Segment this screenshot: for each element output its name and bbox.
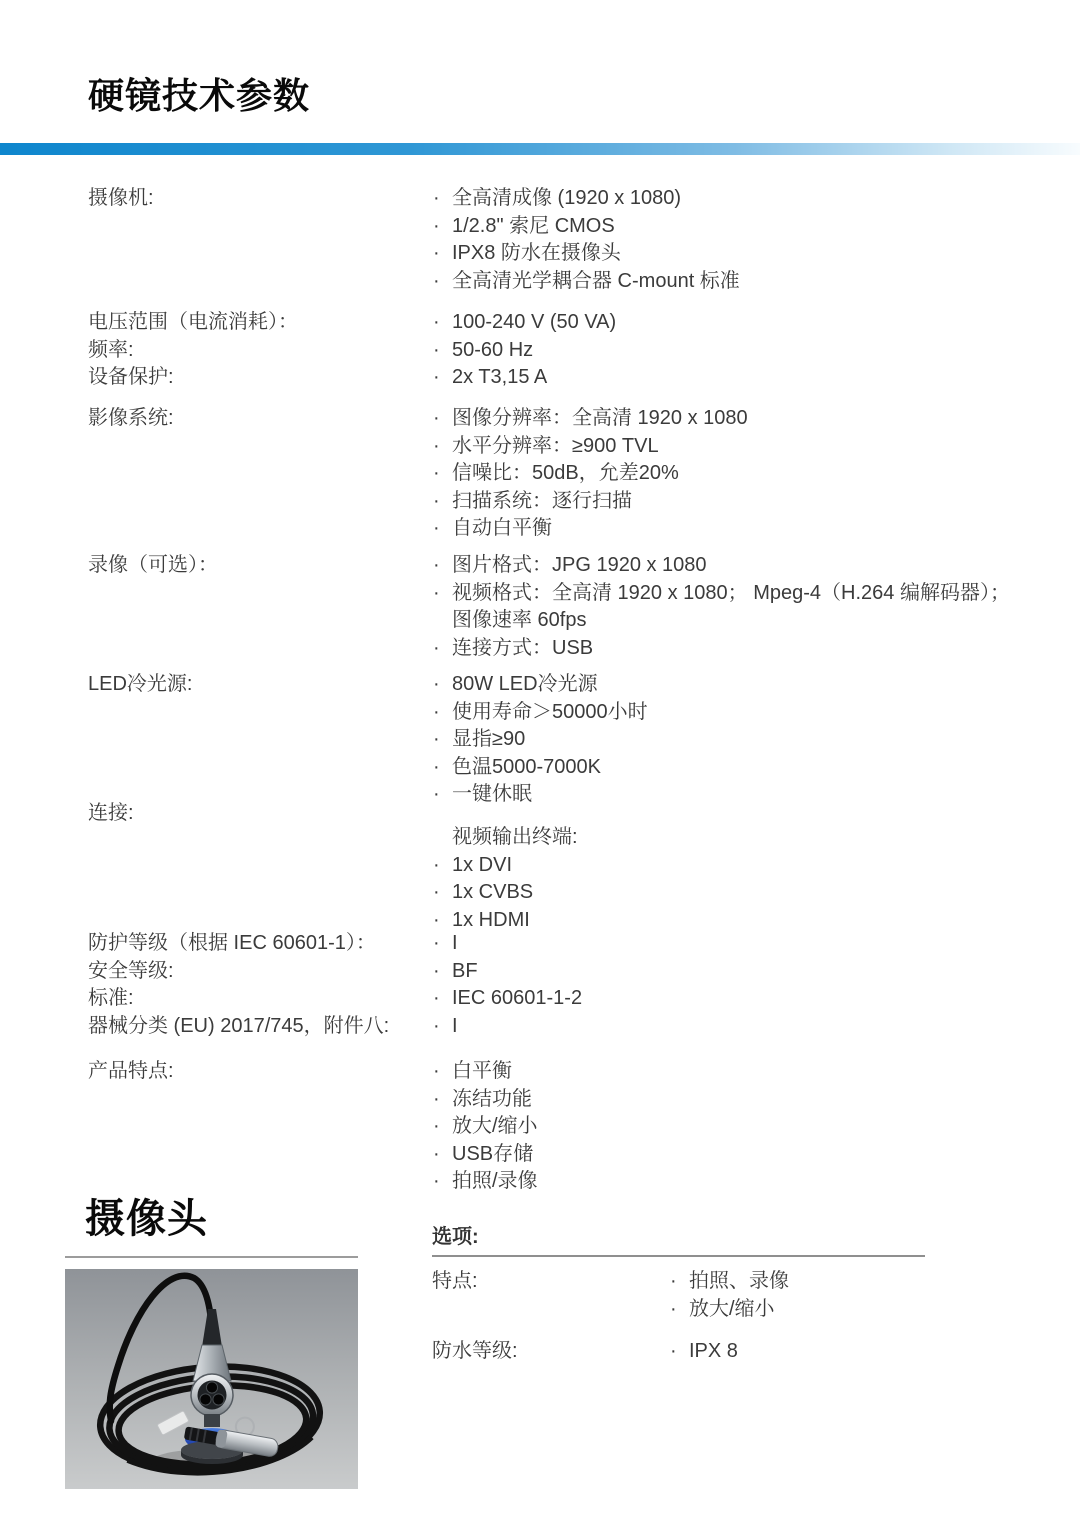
bullet-icon: ·	[433, 754, 452, 782]
option-label: 特点:	[432, 1268, 670, 1323]
spec-value-line: ·扫描系统：逐行扫描	[433, 488, 1040, 516]
spec-value-text: 拍照/录像	[452, 1170, 538, 1192]
spec-value-text: 图片格式：JPG 1920 x 1080	[452, 554, 707, 576]
spec-label-column: 产品特点:	[88, 1058, 433, 1196]
spec-value-text: IPX 8	[689, 1340, 738, 1362]
spec-value-text: 冻结功能	[452, 1088, 532, 1110]
bullet-icon: ·	[433, 699, 452, 727]
options-divider	[432, 1255, 925, 1257]
spec-value-column: ·I·BF·IEC 60601-1-2·I	[433, 930, 1040, 1040]
spec-section: LED冷光源:·80W LED冷光源·使用寿命＞50000小时·显指≥90·色温…	[88, 671, 1040, 809]
spec-sheet-page: 硬镜技术参数 摄像机:·全高清成像 (1920 x 1080)·1/2.8" 索…	[0, 0, 1080, 1528]
camera-head-title: 摄像头	[85, 1196, 208, 1242]
spec-value-text: 视频输出终端:	[452, 826, 578, 848]
bullet-icon: ·	[670, 1296, 689, 1324]
spec-value-column: ·全高清成像 (1920 x 1080)·1/2.8" 索尼 CMOS·IPX8…	[433, 185, 1040, 295]
spec-value-line: ·1x DVI	[433, 852, 1040, 880]
bullet-icon: ·	[433, 364, 452, 392]
spec-value-line: ·IPX 8	[670, 1338, 952, 1366]
spec-value-text: 显指≥90	[452, 728, 525, 750]
spec-label: 摄像机:	[88, 185, 433, 213]
spec-label: 电压范围（电流消耗）：	[88, 309, 433, 337]
bullet-icon: ·	[433, 268, 452, 296]
spec-value-column: ·白平衡·冻结功能·放大/缩小·USB存储·拍照/录像	[433, 1058, 1040, 1196]
spec-value-line: 视频输出终端:	[433, 824, 1040, 852]
spec-label: 产品特点:	[88, 1058, 433, 1086]
spec-value-line: ·冻结功能	[433, 1086, 1040, 1114]
spec-value-text: 2x T3,15 A	[452, 366, 547, 388]
bullet-icon: ·	[433, 460, 452, 488]
bullet-icon: ·	[433, 1058, 452, 1086]
spec-label-column: 连接:	[88, 800, 433, 934]
spec-value-line: ·2x T3,15 A	[433, 364, 1040, 392]
spec-label-column: 电压范围（电流消耗）：频率:设备保护:	[88, 309, 433, 392]
spec-value-line: ·BF	[433, 958, 1040, 986]
spec-value-line: ·使用寿命＞50000小时	[433, 699, 1040, 727]
spec-value-text: 图像速率 60fps	[452, 609, 586, 631]
spec-section: 连接:视频输出终端:·1x DVI·1x CVBS·1x HDMI	[88, 800, 1040, 934]
spec-label: 录像（可选）：	[88, 552, 433, 580]
bullet-icon: ·	[433, 726, 452, 754]
spec-value-text: 自动白平衡	[452, 517, 552, 539]
spec-value-column: ·图片格式：JPG 1920 x 1080·视频格式：全高清 1920 x 10…	[433, 552, 1040, 662]
spec-value-line: ·1/2.8" 索尼 CMOS	[433, 213, 1040, 241]
bullet-icon: ·	[433, 488, 452, 516]
spec-value-line: ·白平衡	[433, 1058, 1040, 1086]
spec-value-line: ·连接方式：USB	[433, 635, 1040, 663]
option-values: ·拍照、录像·放大/缩小	[670, 1268, 952, 1323]
spec-value-column: ·80W LED冷光源·使用寿命＞50000小时·显指≥90·色温5000-70…	[433, 671, 1040, 809]
spec-value-line: ·显指≥90	[433, 726, 1040, 754]
spec-section: 产品特点:·白平衡·冻结功能·放大/缩小·USB存储·拍照/录像	[88, 1058, 1040, 1196]
spec-value-text: 50-60 Hz	[452, 339, 533, 361]
bullet-icon: ·	[433, 1086, 452, 1114]
camera-head-divider	[65, 1256, 358, 1258]
spec-label: LED冷光源:	[88, 671, 433, 699]
spec-value-line: ·全高清成像 (1920 x 1080)	[433, 185, 1040, 213]
spec-label: 设备保护:	[88, 364, 433, 392]
spec-value-line: ·视频格式：全高清 1920 x 1080； Mpeg-4（H.264 编解码器…	[433, 580, 1040, 608]
bullet-icon: ·	[433, 552, 452, 580]
bullet-icon: ·	[433, 852, 452, 880]
spec-value-text: 视频格式：全高清 1920 x 1080； Mpeg-4（H.264 编解码器）…	[452, 582, 1010, 604]
spec-label: 安全等级:	[88, 958, 433, 986]
option-values: ·IPX 8	[670, 1338, 952, 1366]
spec-label-column: 录像（可选）：	[88, 552, 433, 662]
spec-value-line: ·放大/缩小	[670, 1296, 952, 1324]
spec-value-text: 1/2.8" 索尼 CMOS	[452, 215, 615, 237]
bullet-icon: ·	[433, 985, 452, 1013]
spec-label: 连接:	[88, 800, 433, 828]
spec-value-text: 拍照、录像	[689, 1270, 789, 1292]
spec-value-text: I	[452, 932, 458, 954]
bullet-icon: ·	[433, 930, 452, 958]
spec-label: 器械分类 (EU) 2017/745，附件八:	[88, 1013, 433, 1041]
bullet-icon: ·	[433, 405, 452, 433]
spec-label-column: 摄像机:	[88, 185, 433, 295]
spec-value-line: 图像速率 60fps	[433, 607, 1040, 635]
spec-value-text: 全高清成像 (1920 x 1080)	[452, 187, 681, 209]
bullet-icon: ·	[433, 515, 452, 543]
spec-value-line: ·拍照/录像	[433, 1168, 1040, 1196]
spec-value-text: 信噪比：50dB，允差20%	[452, 462, 679, 484]
bullet-icon: ·	[670, 1268, 689, 1296]
option-row: 防水等级:·IPX 8	[432, 1338, 952, 1366]
spec-section: 电压范围（电流消耗）：频率:设备保护:·100-240 V (50 VA)·50…	[88, 309, 1040, 392]
bullet-icon: ·	[433, 433, 452, 461]
spec-value-line: ·图片格式：JPG 1920 x 1080	[433, 552, 1040, 580]
spec-label: 防护等级（根据 IEC 60601-1）：	[88, 930, 433, 958]
spec-section: 摄像机:·全高清成像 (1920 x 1080)·1/2.8" 索尼 CMOS·…	[88, 185, 1040, 295]
bullet-icon: ·	[433, 337, 452, 365]
bullet-icon: ·	[433, 309, 452, 337]
spec-value-line: ·全高清光学耦合器 C-mount 标准	[433, 268, 1040, 296]
spec-value-text: BF	[452, 960, 478, 982]
spec-label-column: 影像系统:	[88, 405, 433, 543]
spec-label-column: LED冷光源:	[88, 671, 433, 809]
spec-value-text: USB存储	[452, 1143, 533, 1165]
spec-value-text: 1x HDMI	[452, 909, 530, 931]
options-header: 选项:	[432, 1224, 479, 1252]
spec-value-column: ·100-240 V (50 VA)·50-60 Hz·2x T3,15 A	[433, 309, 1040, 392]
bullet-icon: ·	[433, 671, 452, 699]
spec-label: 标准:	[88, 985, 433, 1013]
spec-value-text: 全高清光学耦合器 C-mount 标准	[452, 270, 740, 292]
bullet-icon: ·	[670, 1338, 689, 1366]
bullet-icon: ·	[433, 1141, 452, 1169]
spec-section: 录像（可选）：·图片格式：JPG 1920 x 1080·视频格式：全高清 19…	[88, 552, 1040, 662]
spec-value-text: 80W LED冷光源	[452, 673, 598, 695]
bullet-icon: ·	[433, 580, 452, 608]
spec-value-text: 水平分辨率：≥900 TVL	[452, 435, 659, 457]
spec-value-line: ·信噪比：50dB，允差20%	[433, 460, 1040, 488]
spec-label: 影像系统:	[88, 405, 433, 433]
bullet-icon: ·	[433, 1113, 452, 1141]
option-row: 特点:·拍照、录像·放大/缩小	[432, 1268, 952, 1323]
spec-value-line: ·自动白平衡	[433, 515, 1040, 543]
spec-value-text: I	[452, 1015, 458, 1037]
bullet-icon: ·	[433, 1168, 452, 1196]
spec-value-line: ·1x CVBS	[433, 879, 1040, 907]
spec-value-text: 白平衡	[452, 1060, 512, 1082]
spec-value-text: 连接方式：USB	[452, 637, 593, 659]
spec-value-text: IEC 60601-1-2	[452, 987, 582, 1009]
spec-value-text: 100-240 V (50 VA)	[452, 311, 616, 333]
spec-value-line: ·IEC 60601-1-2	[433, 985, 1040, 1013]
bullet-icon: ·	[433, 635, 452, 663]
camera-head-photo	[65, 1269, 358, 1489]
spec-value-column: ·图像分辨率：全高清 1920 x 1080·水平分辨率：≥900 TVL·信噪…	[433, 405, 1040, 543]
bullet-icon: ·	[433, 185, 452, 213]
spec-value-text: IPX8 防水在摄像头	[452, 242, 621, 264]
spec-value-text: 使用寿命＞50000小时	[452, 701, 648, 723]
spec-label-column: 防护等级（根据 IEC 60601-1）：安全等级:标准:器械分类 (EU) 2…	[88, 930, 433, 1040]
spec-value-text: 扫描系统：逐行扫描	[452, 490, 632, 512]
spec-section: 影像系统:·图像分辨率：全高清 1920 x 1080·水平分辨率：≥900 T…	[88, 405, 1040, 543]
bullet-icon: ·	[433, 879, 452, 907]
spec-value-line: ·80W LED冷光源	[433, 671, 1040, 699]
spec-value-column: 视频输出终端:·1x DVI·1x CVBS·1x HDMI	[433, 800, 1040, 934]
spec-value-text: 放大/缩小	[689, 1298, 775, 1320]
bullet-icon: ·	[433, 958, 452, 986]
spec-value-line: ·色温5000-7000K	[433, 754, 1040, 782]
spec-value-line: ·USB存储	[433, 1141, 1040, 1169]
spec-label: 频率:	[88, 337, 433, 365]
spec-value-line: ·图像分辨率：全高清 1920 x 1080	[433, 405, 1040, 433]
bullet-icon: ·	[433, 240, 452, 268]
spec-value-text: 1x CVBS	[452, 881, 533, 903]
spec-value-text: 图像分辨率：全高清 1920 x 1080	[452, 407, 748, 429]
spec-value-line: ·IPX8 防水在摄像头	[433, 240, 1040, 268]
spec-value-text: 色温5000-7000K	[452, 756, 601, 778]
spec-value-line: ·水平分辨率：≥900 TVL	[433, 433, 1040, 461]
option-label: 防水等级:	[432, 1338, 670, 1366]
spec-value-line: ·放大/缩小	[433, 1113, 1040, 1141]
bullet-icon: ·	[433, 213, 452, 241]
spec-section: 防护等级（根据 IEC 60601-1）：安全等级:标准:器械分类 (EU) 2…	[88, 930, 1040, 1040]
spec-value-text: 1x DVI	[452, 854, 512, 876]
spec-value-line: ·I	[433, 930, 1040, 958]
options-rows: 特点:·拍照、录像·放大/缩小防水等级:·IPX 8	[432, 1268, 952, 1381]
camera-head-photo-illustration	[65, 1269, 358, 1489]
spec-value-line: ·50-60 Hz	[433, 337, 1040, 365]
bullet-icon: ·	[433, 1013, 452, 1041]
spec-value-line: ·I	[433, 1013, 1040, 1041]
spec-value-line: ·拍照、录像	[670, 1268, 952, 1296]
spec-value-line: ·100-240 V (50 VA)	[433, 309, 1040, 337]
spec-table: 摄像机:·全高清成像 (1920 x 1080)·1/2.8" 索尼 CMOS·…	[88, 0, 1040, 1190]
spec-value-text: 放大/缩小	[452, 1115, 538, 1137]
